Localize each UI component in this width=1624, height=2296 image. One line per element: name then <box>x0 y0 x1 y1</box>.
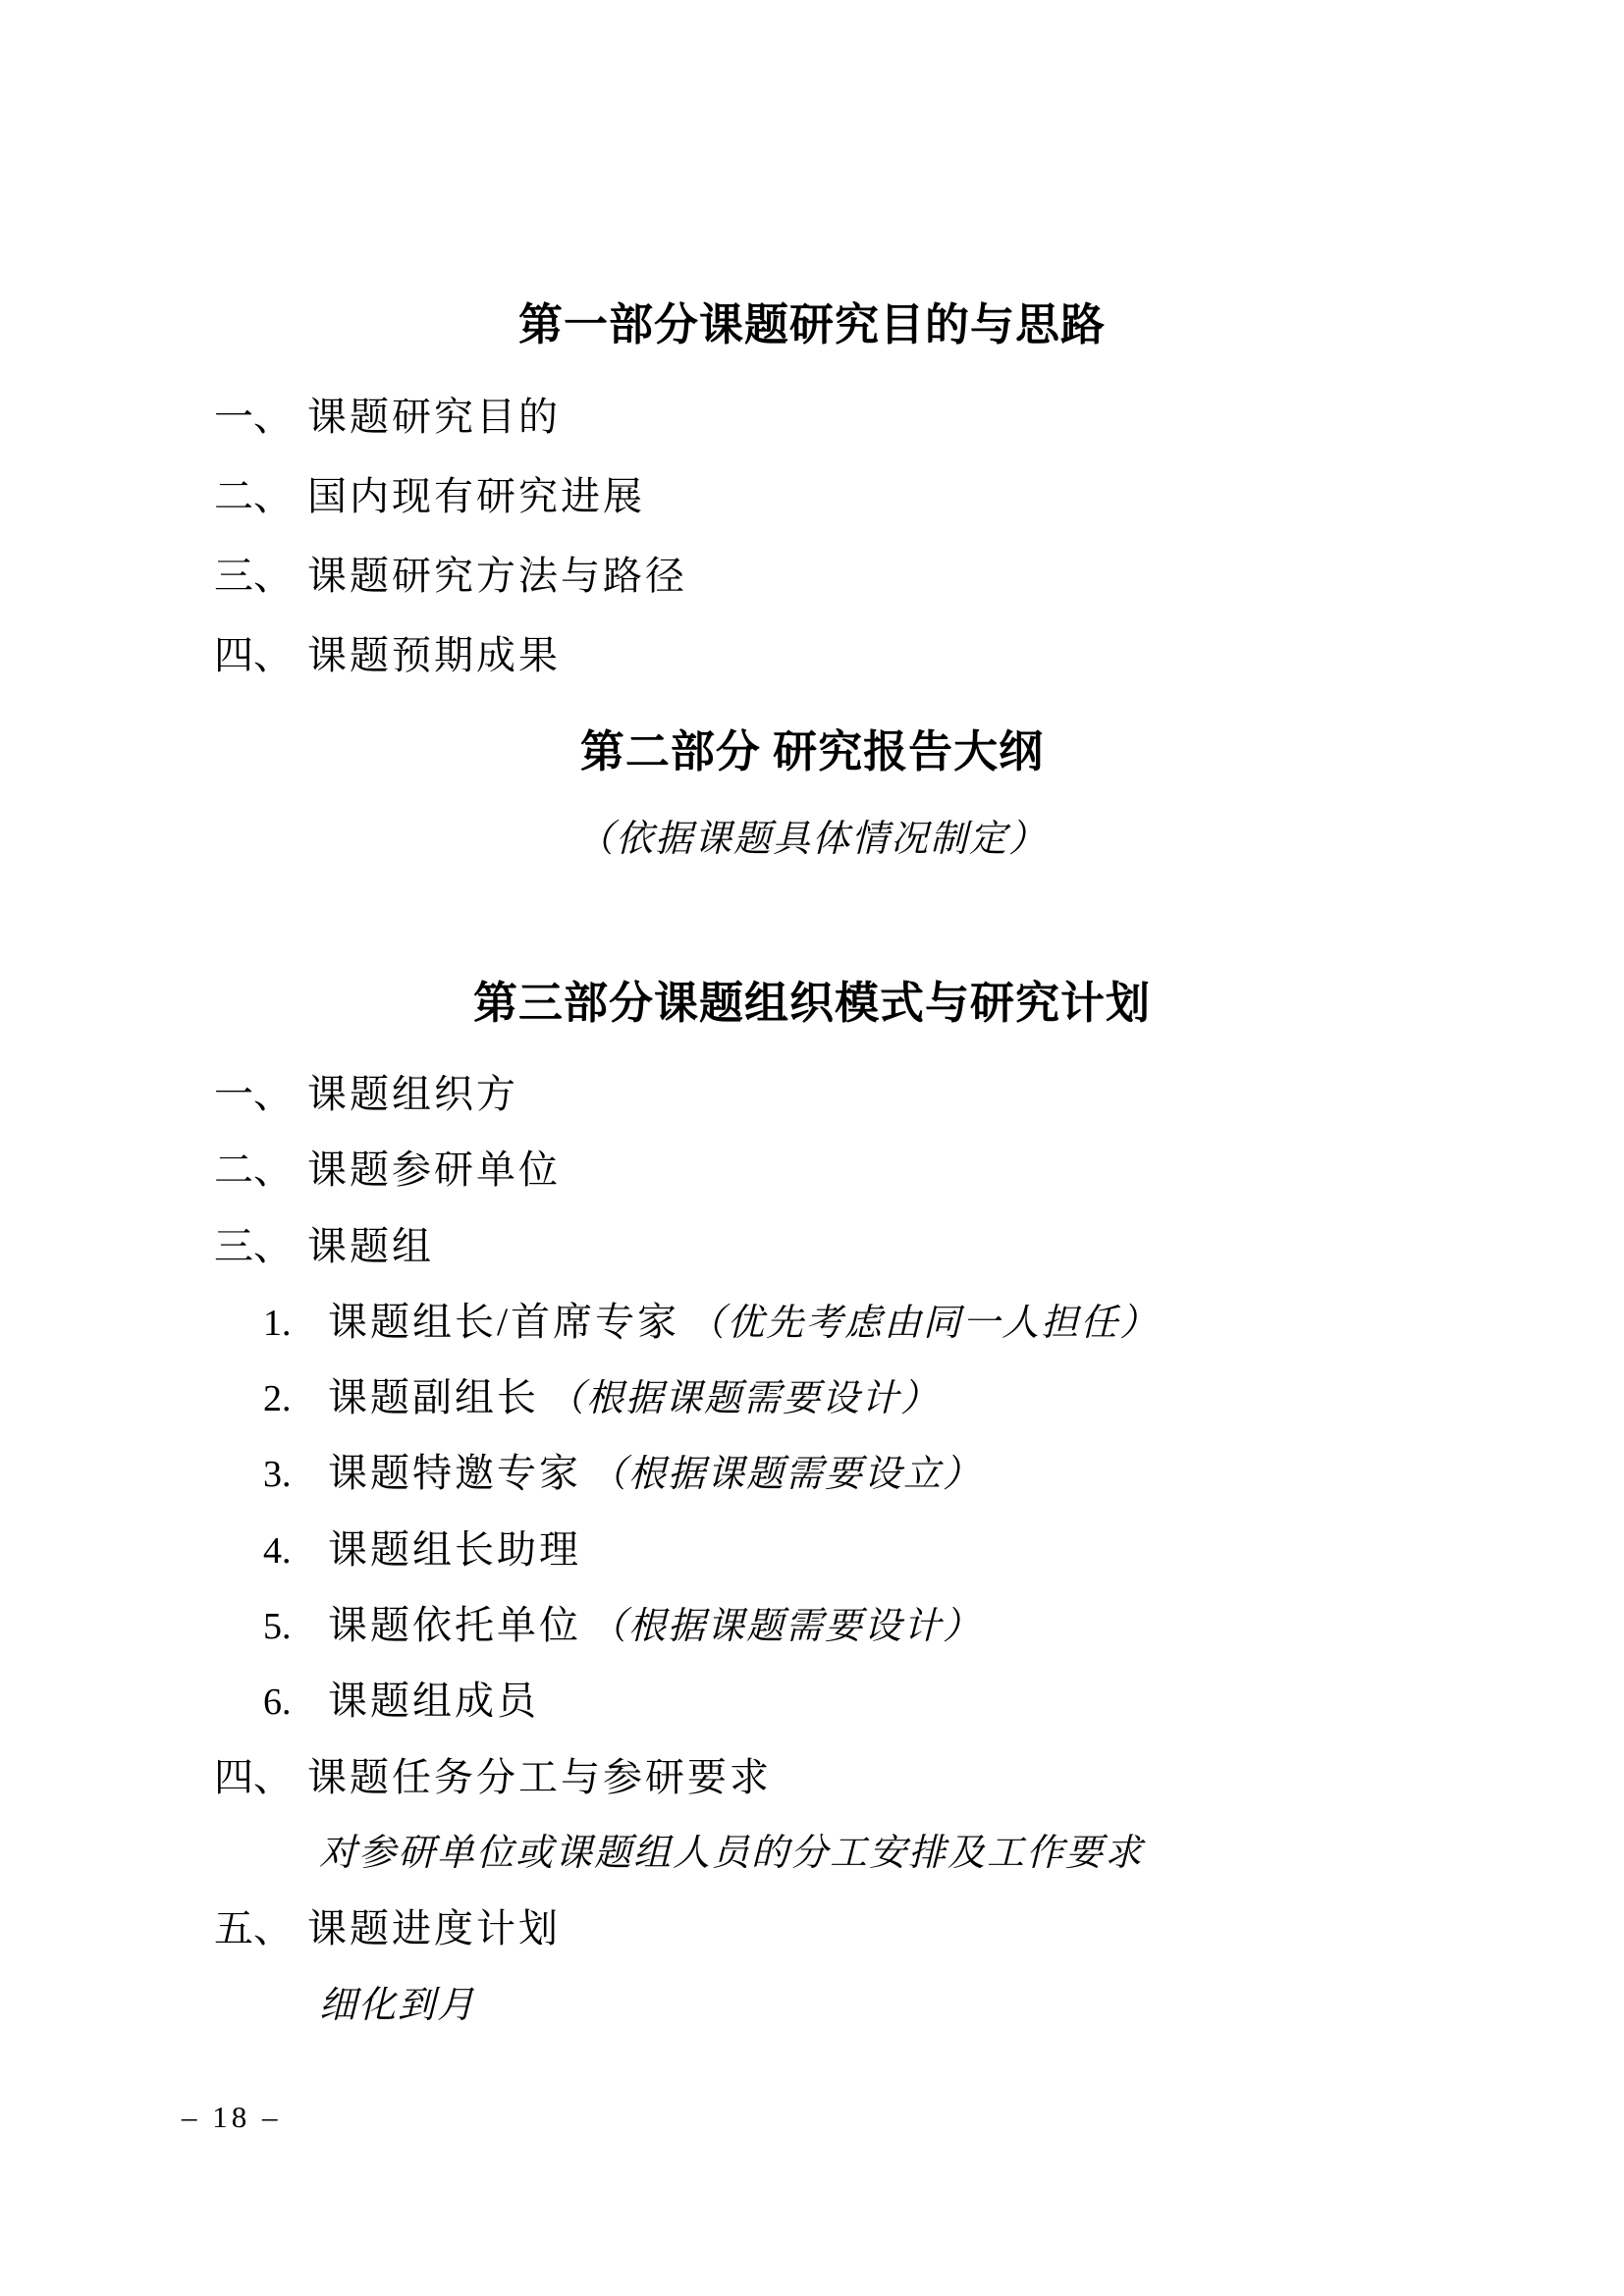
part3-title: 第三部分课题组织模式与研究计划 <box>0 979 1624 1028</box>
item-text: 课题组织方 <box>307 1072 518 1116</box>
subitem-number: 4. <box>263 1529 328 1573</box>
subitem-note: （根据课题需要设计） <box>589 1606 982 1647</box>
part3-item-4-note: 对参研单位或课题组人员的分工安排及工作要求 <box>319 1832 1144 1875</box>
part3-subitem-1: 1.课题组长/首席专家（优先考虑由同一人担任） <box>263 1301 1159 1345</box>
item-text: 课题研究方法与路径 <box>307 554 687 598</box>
part3-subitem-4: 4.课题组长助理 <box>263 1528 581 1573</box>
item-text: 课题研究目的 <box>307 395 561 439</box>
part3-subitem-5: 5.课题依托单位（根据课题需要设计） <box>263 1604 982 1648</box>
item-text: 国内现有研究进展 <box>307 474 645 518</box>
page-number: – 18 – <box>182 2101 282 2134</box>
item-number: 二、 <box>214 1148 307 1192</box>
item-number: 三、 <box>214 555 307 598</box>
part1-item-3: 三、课题研究方法与路径 <box>214 555 687 598</box>
part1-item-1: 一、课题研究目的 <box>214 396 561 439</box>
part3-item-5-note: 细化到月 <box>319 1984 476 2027</box>
part3-subitem-6: 6.课题组成员 <box>263 1680 539 1724</box>
subitem-text: 课题组成员 <box>328 1679 539 1723</box>
part2-note: （依据课题具体情况制定） <box>0 818 1624 861</box>
subitem-note: （根据课题需要设计） <box>547 1378 940 1419</box>
subitem-text: 课题组长/首席专家 <box>328 1300 679 1344</box>
subitem-text: 课题依托单位 <box>328 1603 581 1647</box>
item-number: 四、 <box>214 1756 307 1799</box>
subitem-number: 1. <box>263 1302 328 1345</box>
part3-item-4: 四、课题任务分工与参研要求 <box>214 1756 772 1799</box>
part3-subitem-3: 3.课题特邀专家（根据课题需要设立） <box>263 1452 982 1496</box>
item-number: 一、 <box>214 1073 307 1116</box>
part1-item-2: 二、国内现有研究进展 <box>214 475 645 518</box>
subitem-text: 课题副组长 <box>328 1375 539 1419</box>
item-number: 一、 <box>214 396 307 439</box>
subitem-text: 课题组长助理 <box>328 1527 581 1572</box>
part3-subitem-2: 2.课题副组长（根据课题需要设计） <box>263 1376 940 1420</box>
item-number: 三、 <box>214 1225 307 1268</box>
item-number: 五、 <box>214 1907 307 1950</box>
item-text: 课题组 <box>307 1224 434 1268</box>
item-text: 课题预期成果 <box>307 633 561 677</box>
part1-title: 第一部分课题研究目的与思路 <box>0 300 1624 349</box>
subitem-note: （根据课题需要设立） <box>589 1454 982 1495</box>
subitem-number: 2. <box>263 1377 328 1420</box>
subitem-number: 3. <box>263 1453 328 1496</box>
part3-item-5: 五、课题进度计划 <box>214 1907 561 1950</box>
item-text: 课题进度计划 <box>307 1906 561 1950</box>
item-text: 课题任务分工与参研要求 <box>307 1755 772 1799</box>
subitem-note: （优先考虑由同一人担任） <box>687 1303 1159 1344</box>
part3-item-2: 二、课题参研单位 <box>214 1148 561 1192</box>
part3-item-3: 三、课题组 <box>214 1225 434 1268</box>
item-number: 四、 <box>214 634 307 677</box>
item-number: 二、 <box>214 475 307 518</box>
part2-title: 第二部分 研究报告大纲 <box>0 727 1624 776</box>
subitem-text: 课题特邀专家 <box>328 1451 581 1495</box>
document-page: 第一部分课题研究目的与思路 一、课题研究目的 二、国内现有研究进展 三、课题研究… <box>0 0 1624 2296</box>
item-text: 课题参研单位 <box>307 1148 561 1192</box>
part3-item-1: 一、课题组织方 <box>214 1073 518 1116</box>
subitem-number: 6. <box>263 1681 328 1724</box>
subitem-number: 5. <box>263 1605 328 1648</box>
part1-item-4: 四、课题预期成果 <box>214 634 561 677</box>
